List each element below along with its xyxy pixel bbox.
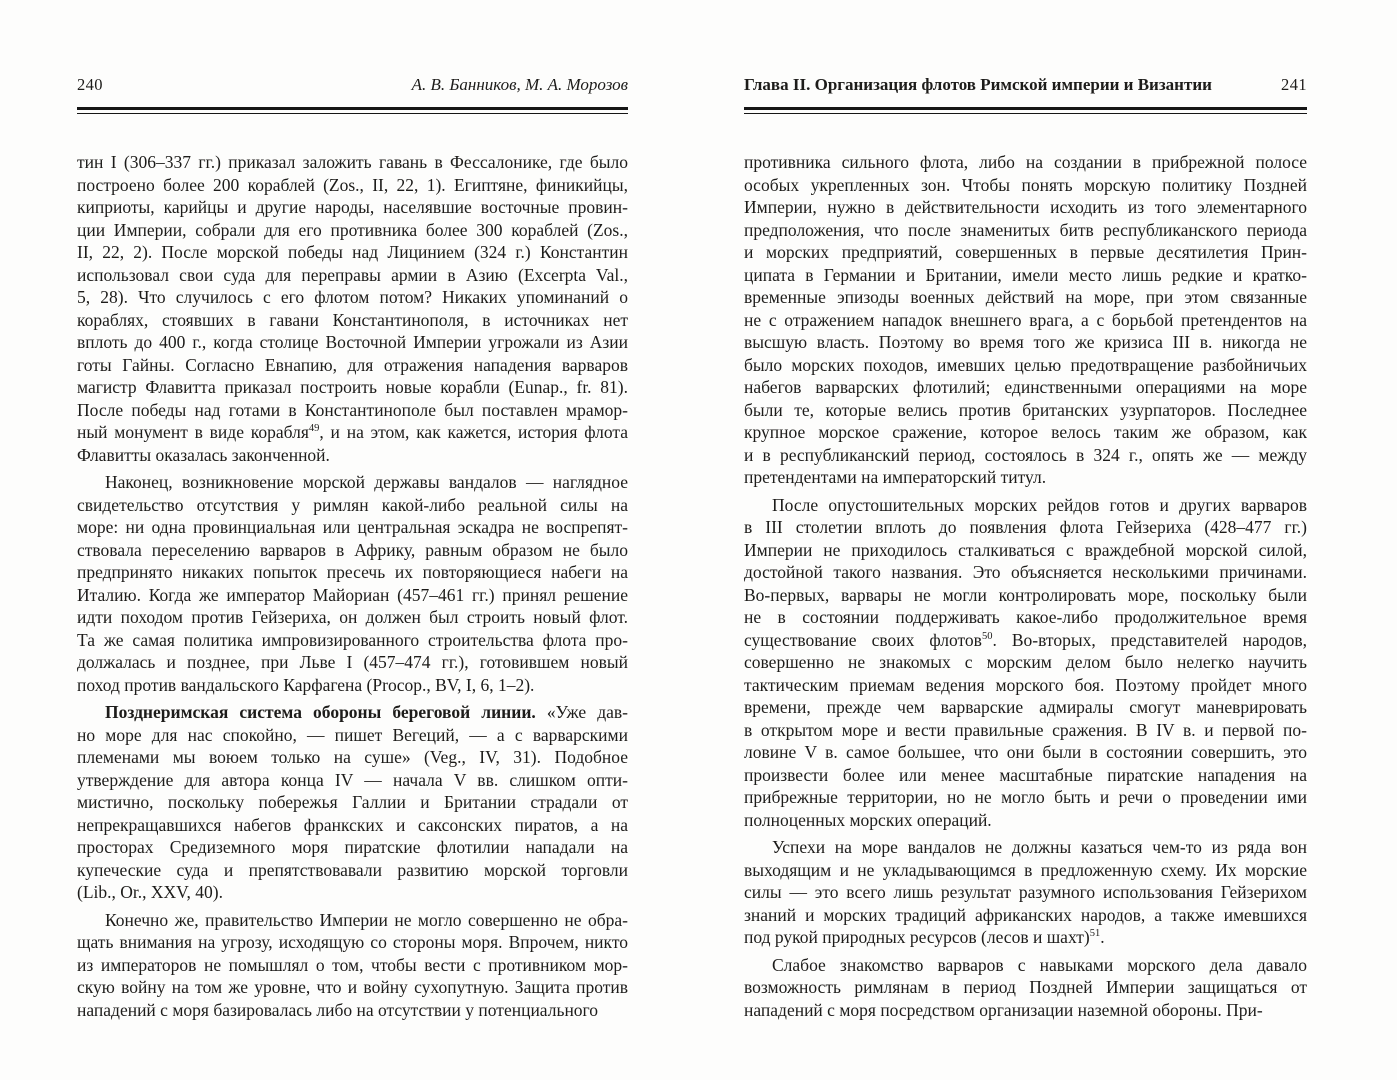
text-line: высшую власть. Поэтому во время того же … [744,331,1307,354]
text-line: тактическим приемам ведения морского боя… [744,674,1307,697]
text-line: непрекращавшихся набегов франкских и сак… [77,814,628,837]
text-line: особых укрепленных зон. Чтобы понять мор… [744,174,1307,197]
page-header: Глава II. Организация флотов Римской имп… [744,74,1307,99]
running-head-chapter: Глава II. Организация флотов Римской имп… [744,74,1212,96]
paragraph: Конечно же, правительство Империи не мог… [77,909,628,1022]
text-line: набегов варварских флотилий; единственны… [744,376,1307,399]
text-line: знаний и морских традиций африканских на… [744,904,1307,927]
text-line: нападений с моря базировалась либо на от… [77,999,628,1022]
text-line: возможность римлянам в период Поздней Им… [744,976,1307,999]
text-line: Империи, нужно в действительности исходи… [744,196,1307,219]
page-header: 240 А. В. Банников, М. А. Морозов [77,74,628,99]
text-line: Позднеримская система обороны береговой … [77,701,628,724]
text-line: ловине V в. самое большее, что они были … [744,741,1307,764]
text-line: Слабое знакомство варваров с навыками мо… [744,954,1307,977]
text-line: Империи не приходилось сталкиваться с вр… [744,539,1307,562]
text-line: море: ни одна провинциальная или централ… [77,516,628,539]
text-line: не в состоянии поддерживать какое-либо п… [744,606,1307,629]
paragraph: Успехи на море вандалов не должны казать… [744,836,1307,949]
text-line: должалась и позднее, при Льве I (457–474… [77,651,628,674]
text-line: силы — это всего лишь результат разумног… [744,881,1307,904]
text-line: противника сильного флота, либо на созда… [744,151,1307,174]
text-line: полноценных морских операций. [744,809,1307,832]
header-rule [77,107,628,114]
page-left: 240 А. В. Банников, М. А. Морозов тин I … [77,74,628,1021]
text-line: магистр Флавитта приказал построить новы… [77,376,628,399]
text-line: в III столетии вплоть до появления флота… [744,516,1307,539]
text-line: идти походом против Гейзериха, он должен… [77,606,628,629]
text-line: существование своих флотов50. Во-вторых,… [744,629,1307,652]
text-line: было морских походов, имевших целью пред… [744,354,1307,377]
text-line: прибрежные территории, но не могло быть … [744,786,1307,809]
text-line: После победы над готами в Константинопол… [77,399,628,422]
text-line: вплоть до 400 г., когда столице Восточно… [77,331,628,354]
text-line: племенами мы воюем только на суше» (Veg.… [77,746,628,769]
text-line: крупное морское сражение, которое велось… [744,421,1307,444]
text-line: использовал свои суда для переправы арми… [77,264,628,287]
text-line: выходящим и не укладывающимся в предложе… [744,859,1307,882]
text-line: но море для нас спокойно, — пишет Вегеци… [77,724,628,747]
text-line: готы Гайны. Согласно Евнапию, для отраже… [77,354,628,377]
text-line: ции Империи, собрали для его противника … [77,219,628,242]
page-number: 241 [1281,74,1307,96]
text-line: произвести более или менее масштабные пи… [744,764,1307,787]
text-line: построено более 200 кораблей (Zos., II, … [77,174,628,197]
text-line: претендентами на императорский титул. [744,466,1307,489]
text-line: времени, прежде чем варварские адмиралы … [744,696,1307,719]
text-line: скую войну на том же уровне, что и войну… [77,976,628,999]
text-line: временные эпизоды военных действий на мо… [744,286,1307,309]
paragraph: Слабое знакомство варваров с навыками мо… [744,954,1307,1022]
paragraph: После опустошительных морских рейдов гот… [744,494,1307,832]
paragraph: противника сильного флота, либо на созда… [744,151,1307,489]
text-line: киприоты, карийцы и другие народы, насел… [77,196,628,219]
text-line: в открытом море и вести правильные сраже… [744,719,1307,742]
text-line: 5, 28). Что случилось с его флотом потом… [77,286,628,309]
text-line: были те, которые велись против британски… [744,399,1307,422]
text-line: Та же самая политика импровизированного … [77,629,628,652]
text-line: поход против вандальского Карфагена (Pro… [77,674,628,697]
text-line: ствовала переселению варваров в Африку, … [77,539,628,562]
text-line: совершенно не знакомых с морским делом б… [744,651,1307,674]
paragraph: Позднеримская система обороны береговой … [77,701,628,904]
text-line: предположения, что после знаменитых битв… [744,219,1307,242]
text-line: Флавитты оказалась законченной. [77,444,628,467]
text-line: нападений с моря посредством организации… [744,999,1307,1022]
header-rule [744,107,1307,114]
text-line: мистично, поскольку побережья Галлии и Б… [77,791,628,814]
text-line: из императоров не помышлял о том, чтобы … [77,954,628,977]
book-spread: 240 А. В. Банников, М. А. Морозов тин I … [0,0,1397,1080]
text-line: свидетельство отсутствия у римлян какой-… [77,494,628,517]
text-line: щать внимания на угрозу, исходящую со ст… [77,931,628,954]
text-line: просторах Средиземного моря пиратские фл… [77,836,628,859]
text-line: и в республиканский период, состоялось в… [744,444,1307,467]
paragraph: Наконец, возникновение морской державы в… [77,471,628,696]
text-line: (Lib., Or., XXV, 40). [77,881,628,904]
text-line: под рукой природных ресурсов (лесов и ша… [744,926,1307,949]
text-line: утверждение для автора конца IV — начала… [77,769,628,792]
text-line: кораблях, стоявших в гавани Константиноп… [77,309,628,332]
text-line: ципата в Германии и Британии, имели мест… [744,264,1307,287]
text-line: Во-первых, варвары не могли контролирова… [744,584,1307,607]
text-line: не с отражением нападок внешнего врага, … [744,309,1307,332]
text-line: Успехи на море вандалов не должны казать… [744,836,1307,859]
text-line: предпринято никаких попыток пресечь их п… [77,561,628,584]
text-line: купеческие суда и препятствовавали разви… [77,859,628,882]
page-body: противника сильного флота, либо на созда… [744,151,1307,1021]
paragraph: тин I (306–337 гг.) приказал заложить га… [77,151,628,466]
page-number: 240 [77,74,103,96]
text-line: Италию. Когда же император Майориан (457… [77,584,628,607]
text-line: Конечно же, правительство Империи не мог… [77,909,628,932]
text-line: Наконец, возникновение морской державы в… [77,471,628,494]
text-line: и морских предприятий, совершенных в пер… [744,241,1307,264]
page-body: тин I (306–337 гг.) приказал заложить га… [77,151,628,1021]
running-head-authors: А. В. Банников, М. А. Морозов [412,74,628,96]
text-line: ный монумент в виде корабля49, и на этом… [77,421,628,444]
page-right: Глава II. Организация флотов Римской имп… [744,74,1307,1021]
text-line: После опустошительных морских рейдов гот… [744,494,1307,517]
text-line: тин I (306–337 гг.) приказал заложить га… [77,151,628,174]
text-line: достойной такого названия. Это объясняет… [744,561,1307,584]
text-line: II, 22, 2). После морской победы над Лиц… [77,241,628,264]
